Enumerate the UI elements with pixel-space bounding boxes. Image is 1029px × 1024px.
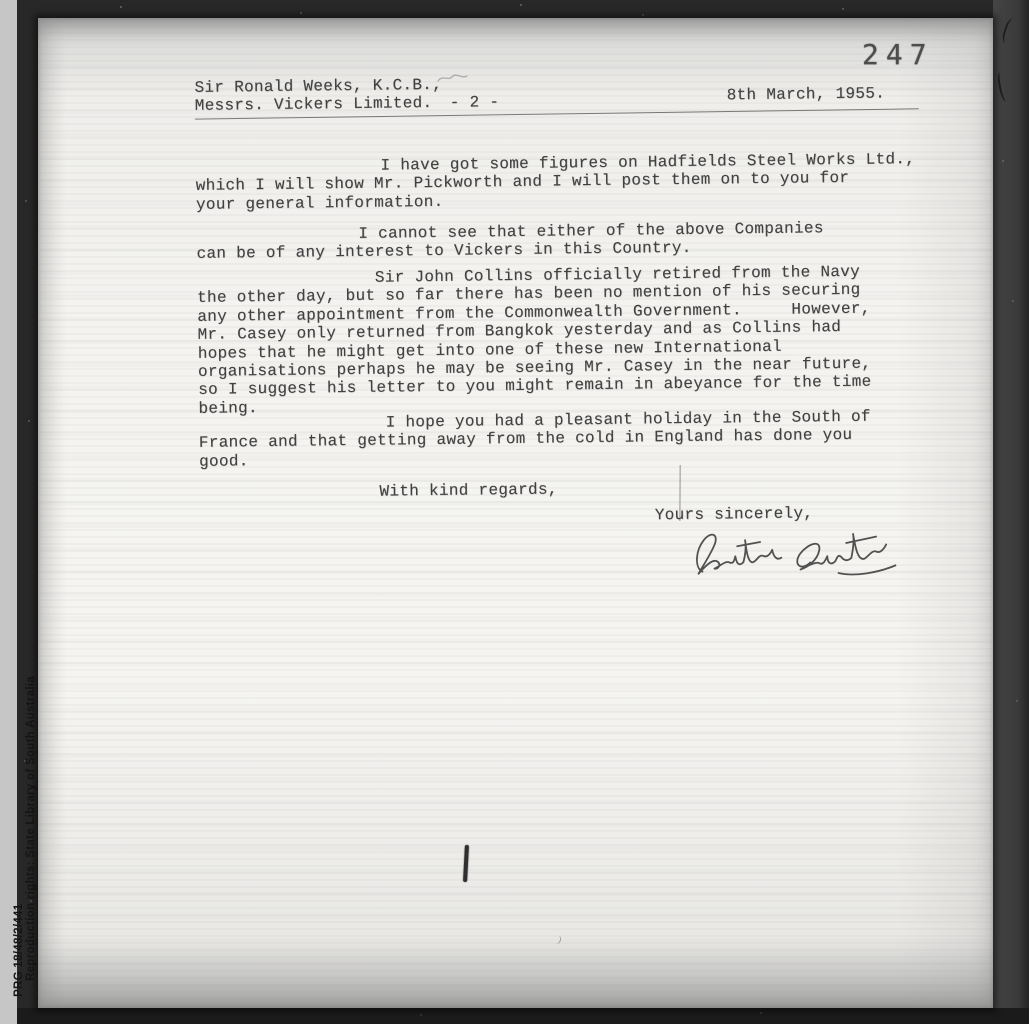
letter-date: 8th March, 1955. [727,84,886,104]
page-marker: - 2 - [450,93,500,112]
signature-handwriting [688,521,914,586]
paragraph-1: I have got some figures on Hadfields Ste… [195,150,936,214]
letter-paper: 247 Sir Ronald Weeks, K.C.B., Messrs. Vi… [38,18,993,1008]
kind-regards-line: With kind regards, [379,480,557,501]
scan-frame-right [993,0,1029,1024]
scanned-letter-page: PRG 18/48/2/441 Reproduction rights: Sta… [0,0,1029,1024]
paragraph-2: I cannot see that either of the above Co… [196,218,936,264]
reproduction-rights-text: Reproduction rights: State Library of So… [25,676,37,981]
pen-mark-vertical [679,465,681,521]
paragraph-4: I hope you had a pleasant holiday in the… [199,407,940,471]
archive-reference-strip: PRG 18/48/2/441 Reproduction rights: Sta… [0,0,17,1024]
letter-body: Sir Ronald Weeks, K.C.B., Messrs. Vicker… [32,12,999,1014]
archive-reference-number: PRG 18/48/2/441 [13,904,25,997]
paragraph-3: Sir John Collins officially retired from… [197,262,939,418]
